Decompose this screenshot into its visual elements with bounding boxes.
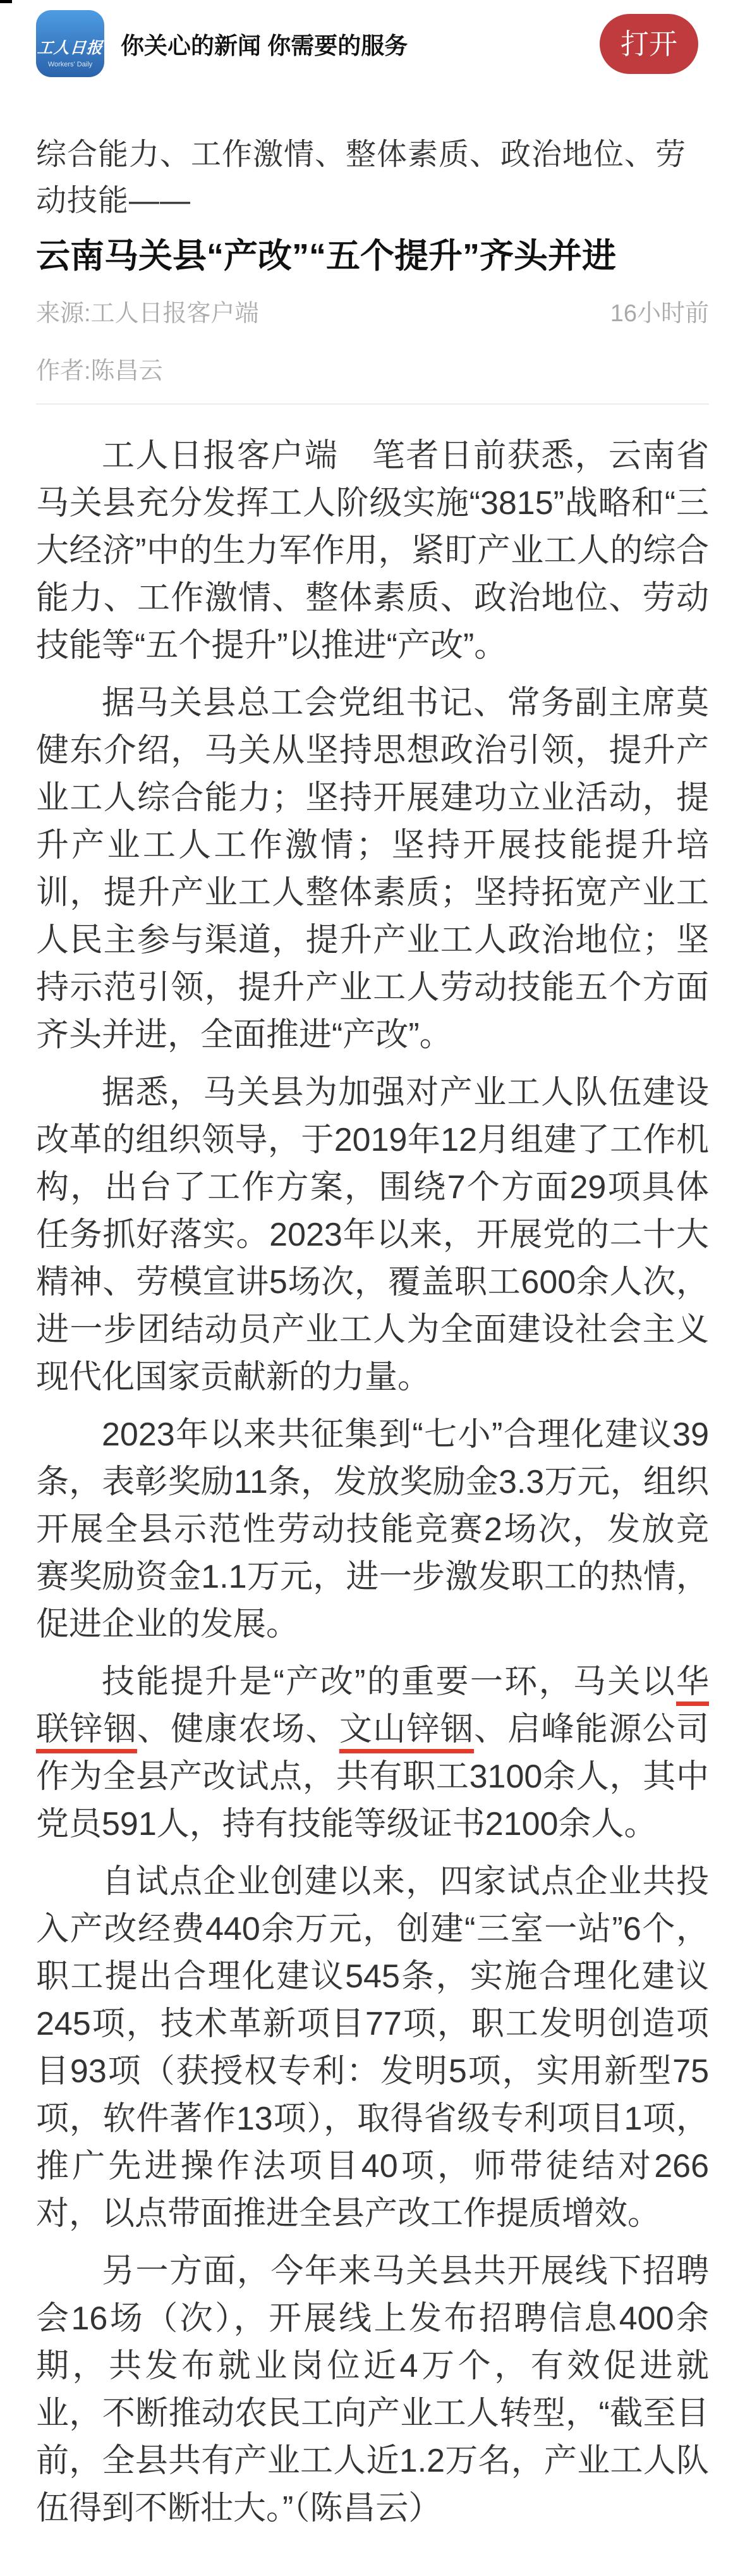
app-icon-en-label: Workers' Daily	[48, 61, 92, 68]
underlined-term: 文山锌铟	[339, 1711, 474, 1748]
text-run: 、健康农场、	[137, 1711, 339, 1748]
article: 综合能力、工作激情、整体素质、政治地位、劳动技能—— 云南马关县“产改”“五个提…	[0, 132, 745, 2561]
article-timestamp: 16小时前	[610, 293, 709, 328]
paragraph: 自试点企业创建以来，四家试点企业共投入产改经费440余万元，创建“三室一站”6个…	[36, 1858, 709, 2238]
article-title: 云南马关县“产改”“五个提升”齐头并进	[36, 234, 709, 278]
text-run: 自试点企业创建以来，四家试点企业共投入产改经费440余万元，创建“三室一站”6个…	[36, 1863, 709, 2232]
article-source: 来源:工人日报客户端	[36, 293, 259, 328]
article-eyebrow: 综合能力、工作激情、整体素质、政治地位、劳动技能——	[36, 132, 709, 224]
screenshot-artifact	[0, 0, 12, 3]
divider	[36, 403, 709, 405]
paragraph: 另一方面，今年来马关县共开展线下招聘会16场（次），开展线上发布招聘信息400余…	[36, 2248, 709, 2532]
text-run: 另一方面，今年来马关县共开展线下招聘会16场（次），开展线上发布招聘信息400余…	[36, 2253, 709, 2527]
paragraph: 2023年以来共征集到“七小”合理化建议39条，表彰奖励11条，发放奖励金3.3…	[36, 1411, 709, 1648]
paragraph: 工人日报客户端 笔者日前获悉，云南省马关县充分发挥工人阶级实施“3815”战略和…	[36, 432, 709, 670]
banner-tagline: 你关心的新闻 你需要的服务	[121, 27, 408, 61]
open-app-button[interactable]: 打开	[600, 14, 698, 74]
paragraph: 技能提升是“产改”的重要一环，马关以华联锌铟、健康农场、文山锌铟、启峰能源公司作…	[36, 1659, 709, 1848]
app-download-banner: 工人日报 Workers' Daily 你关心的新闻 你需要的服务 打开	[0, 0, 745, 85]
app-icon-cn-label: 工人日报	[37, 35, 104, 58]
text-run: 据马关县总工会党组书记、常务副主席莫健东介绍，马关从坚持思想政治引领，提升产业工…	[36, 685, 709, 1053]
article-meta: 来源:工人日报客户端 16小时前	[36, 293, 709, 328]
workers-daily-app-icon: 工人日报 Workers' Daily	[36, 10, 104, 77]
article-author: 作者:陈昌云	[36, 351, 709, 386]
text-run: 技能提升是“产改”的重要一环，马关以	[102, 1664, 676, 1700]
paragraph: 据马关县总工会党组书记、常务副主席莫健东介绍，马关从坚持思想政治引领，提升产业工…	[36, 680, 709, 1059]
text-run: 据悉，马关县为加强对产业工人队伍建设改革的组织领导，于2019年12月组建了工作…	[36, 1074, 709, 1395]
news-article-page: { "header": { "app_name": "工人日报", "app_n…	[0, 0, 745, 2576]
article-body: 工人日报客户端 笔者日前获悉，云南省马关县充分发挥工人阶级实施“3815”战略和…	[36, 432, 709, 2561]
paragraph: 据悉，马关县为加强对产业工人队伍建设改革的组织领导，于2019年12月组建了工作…	[36, 1069, 709, 1401]
text-run: 2023年以来共征集到“七小”合理化建议39条，表彰奖励11条，发放奖励金3.3…	[36, 1416, 709, 1643]
text-run: 工人日报客户端 笔者日前获悉，云南省马关县充分发挥工人阶级实施“3815”战略和…	[36, 438, 709, 664]
